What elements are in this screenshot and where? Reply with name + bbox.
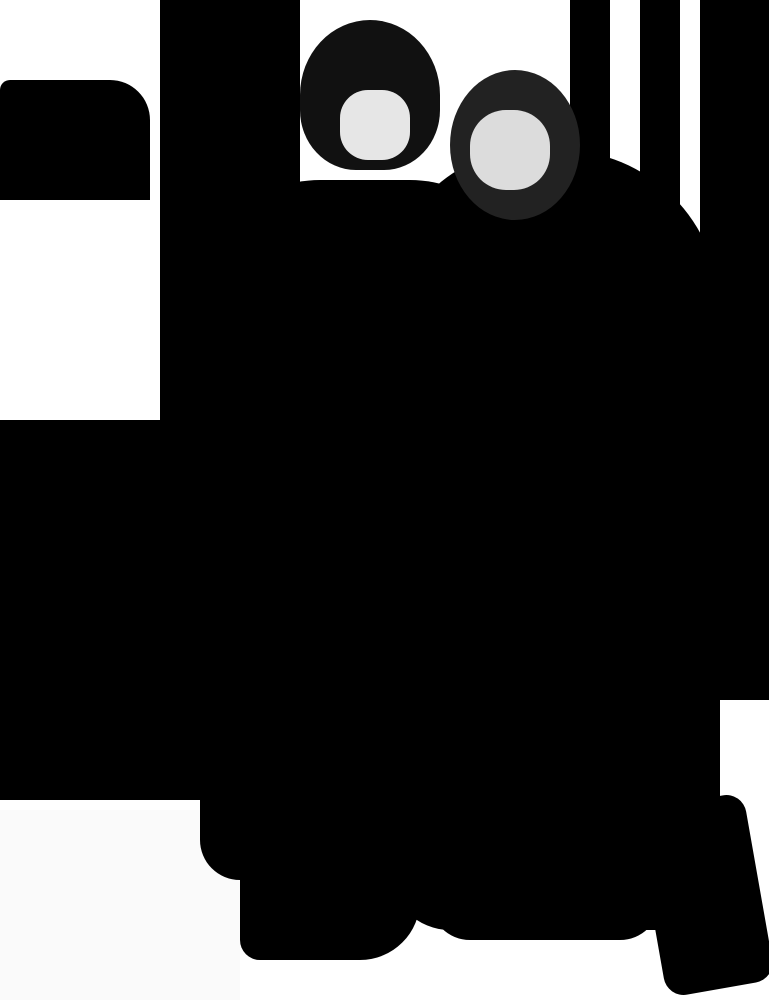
background-shape	[0, 80, 150, 200]
figure-leg	[634, 792, 769, 998]
background-shape	[0, 420, 200, 800]
figure-leg	[430, 820, 660, 940]
figure-right-face	[470, 110, 550, 190]
figure-left-face	[340, 90, 410, 160]
figure-leg	[240, 820, 420, 960]
photograph	[0, 0, 769, 1000]
